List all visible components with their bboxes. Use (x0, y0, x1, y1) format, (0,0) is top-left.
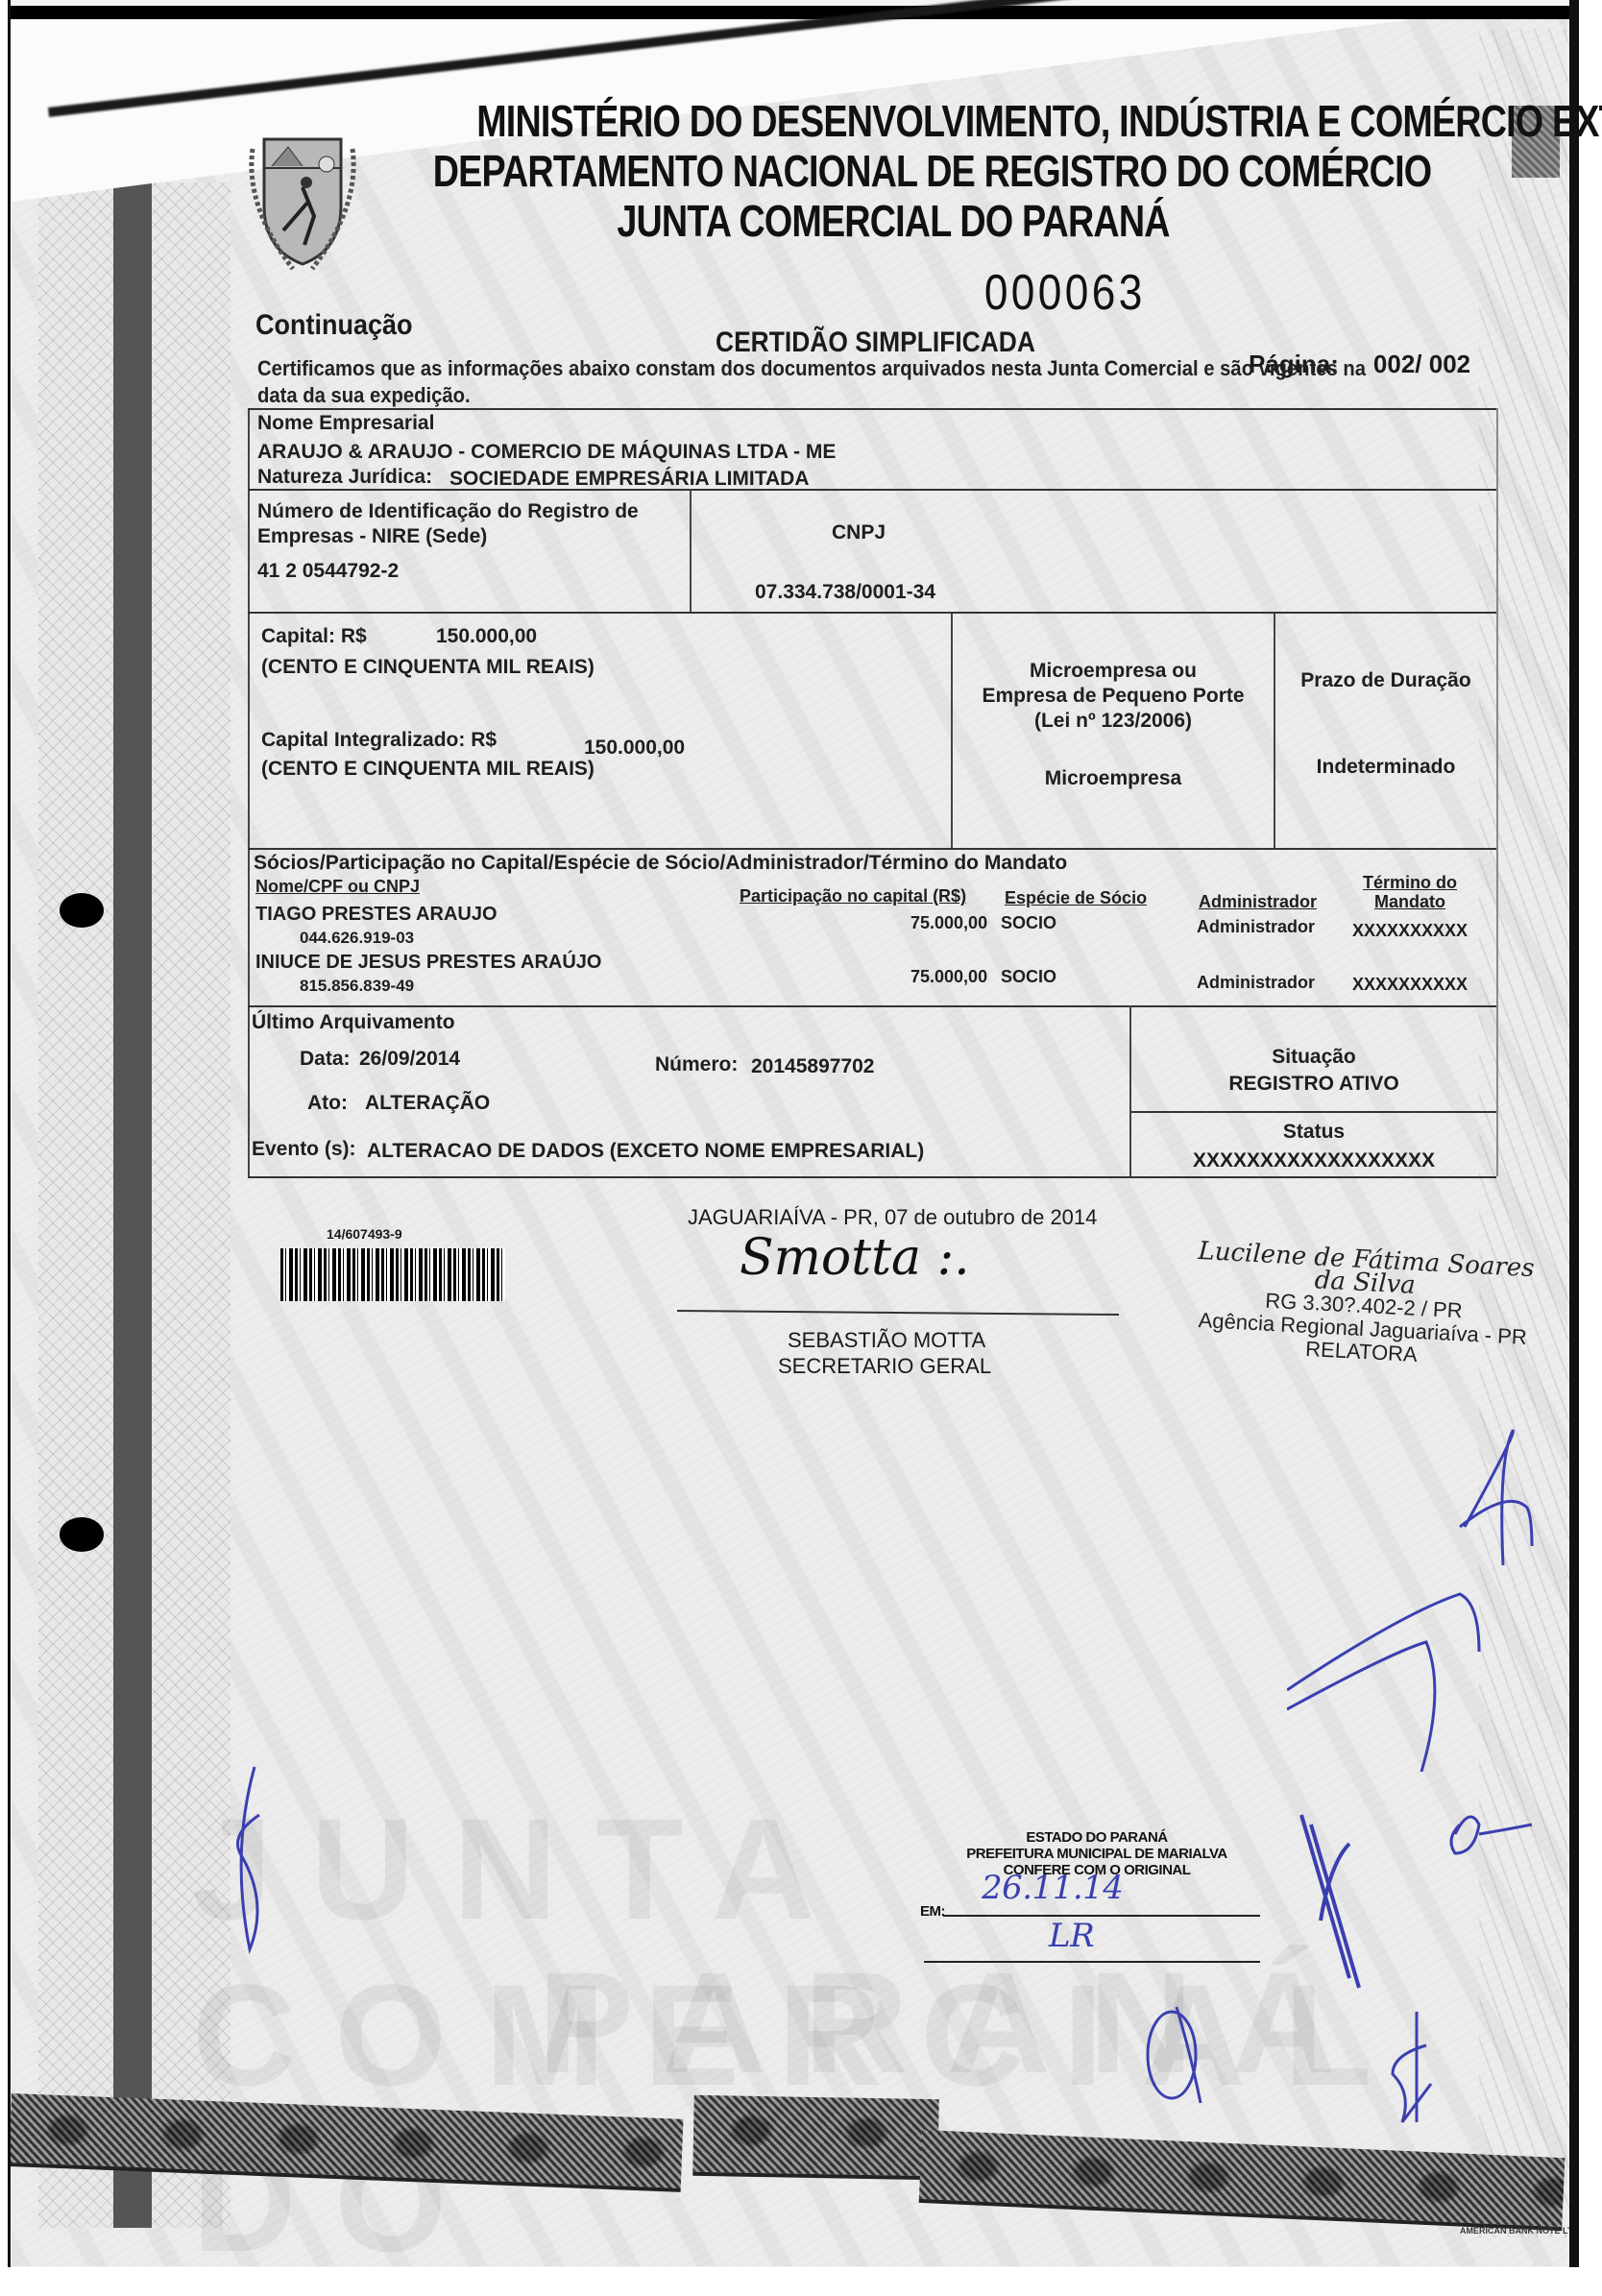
legal-nature-value: SOCIEDADE EMPRESÁRIA LIMITADA (449, 468, 810, 491)
signer-role: SECRETARIO GERAL (778, 1354, 991, 1379)
partner-capital: 75.000,00 (910, 967, 987, 987)
partner-type: SOCIO (1001, 913, 1056, 933)
stamp-em-label: EM: (920, 1903, 945, 1920)
barcode (280, 1248, 505, 1301)
handwritten-initial-a-icon (1133, 1997, 1229, 2113)
header-department: DEPARTAMENTO NACIONAL DE REGISTRO DO COM… (433, 146, 1402, 196)
capital-value: 150.000,00 (436, 625, 537, 648)
stamp-initials-line (924, 1961, 1260, 1963)
stamp-handwritten-date: 26.11.14 (982, 1880, 1123, 1897)
duration-value: Indeterminado (1275, 756, 1496, 779)
coat-of-arms-icon (245, 130, 360, 274)
filing-number: 20145897702 (751, 1055, 874, 1078)
partner-type: SOCIO (1001, 967, 1056, 987)
filing-number-label: Número: (655, 1053, 738, 1076)
handwritten-initial-s-icon (1383, 2007, 1441, 2132)
signer-name: SEBASTIÃO MOTTA (788, 1328, 985, 1353)
partner-term: XXXXXXXXXX (1352, 921, 1468, 941)
stamp-date-line (943, 1915, 1260, 1917)
duration-label: Prazo de Duração (1275, 669, 1496, 692)
filing-event: ALTERACAO DE DADOS (EXCETO NOME EMPRESAR… (367, 1140, 924, 1163)
cnpj-value: 07.334.738/0001-34 (755, 581, 935, 604)
company-size-label-1: Microempresa ou (953, 660, 1274, 683)
partner-term: XXXXXXXXXX (1352, 975, 1468, 995)
certificate-title: CERTIDÃO SIMPLIFICADA (716, 326, 1035, 359)
capital-label: Capital: R$ (261, 625, 367, 648)
barcode-number: 14/607493-9 (327, 1226, 402, 1242)
handwritten-mark-icon (1292, 1805, 1378, 1997)
nire-value: 41 2 0544792-2 (257, 560, 399, 583)
situation-label: Situação (1131, 1046, 1496, 1069)
cnpj-label: CNPJ (832, 521, 886, 544)
col-name: Nome/CPF ou CNPJ (255, 877, 420, 897)
company-size-value: Microempresa (953, 767, 1274, 790)
filing-act: ALTERAÇÃO (365, 1092, 490, 1115)
certification-text: Certificamos que as informações abaixo c… (257, 355, 1397, 409)
stamp-line2: PREFEITURA MUNICIPAL DE MARIALVA (924, 1846, 1270, 1862)
rapporteur-stamp: Lucilene de Fátima Soares da Silva RG 3.… (1188, 1240, 1540, 1373)
status-label: Status (1131, 1121, 1496, 1144)
scan-border-left (0, 0, 11, 2296)
security-stripe (113, 182, 152, 2228)
partner-cpf: 044.626.919-03 (300, 929, 414, 948)
filing-act-label: Ato: (307, 1092, 348, 1115)
punch-hole (60, 893, 104, 928)
document-header: MINISTÉRIO DO DESENVOLVIMENTO, INDÚSTRIA… (413, 96, 1508, 246)
legal-nature-label: Natureza Jurídica: (257, 466, 432, 489)
secretary-signature: Smotta :. (740, 1229, 970, 1287)
header-ministry: MINISTÉRIO DO DESENVOLVIMENTO, INDÚSTRIA… (476, 96, 1406, 146)
company-name: ARAUJO & ARAUJO - COMERCIO DE MÁQUINAS L… (257, 441, 836, 464)
nire-label-1: Número de Identificação do Registro de (257, 500, 639, 523)
col-partner-type: Espécie de Sócio (1005, 888, 1147, 908)
place-and-date: JAGUARIAÍVA - PR, 07 de outubro de 2014 (688, 1205, 1097, 1230)
situation-value: REGISTRO ATIVO (1131, 1073, 1496, 1096)
filing-date-label: Data: (300, 1048, 351, 1071)
document-number: 000063 (984, 264, 1146, 322)
partner-name: TIAGO PRESTES ARAUJO (255, 904, 498, 926)
company-size-label-3: (Lei nº 123/2006) (953, 710, 1274, 733)
integralized-value: 150.000,00 (584, 737, 685, 760)
punch-hole (60, 1517, 104, 1552)
company-name-label: Nome Empresarial (257, 412, 434, 435)
partner-admin: Administrador (1197, 973, 1315, 993)
last-filing-title: Último Arquivamento (252, 1011, 455, 1034)
capital-words: (CENTO E CINQUENTA MIL REAIS) (261, 656, 595, 679)
header-board: JUNTA COMERCIAL DO PARANÁ (389, 196, 1397, 246)
partner-capital: 75.000,00 (910, 913, 987, 933)
filing-event-label: Evento (s): (252, 1138, 356, 1161)
stamp-handwritten-initials: LR (1049, 1928, 1094, 1945)
partner-admin: Administrador (1197, 917, 1315, 937)
stamp-line1: ESTADO DO PARANÁ (924, 1829, 1270, 1846)
integralized-label: Capital Integralizado: R$ (261, 729, 497, 752)
partners-section-title: Sócios/Participação no Capital/Espécie d… (254, 852, 1067, 875)
status-value: XXXXXXXXXXXXXXXXXX (1131, 1149, 1496, 1172)
partner-cpf: 815.856.839-49 (300, 977, 414, 996)
integralized-words: (CENTO E CINQUENTA MIL REAIS) (261, 758, 595, 781)
partner-name: INIUCE DE JESUS PRESTES ARAÚJO (255, 952, 601, 974)
handwritten-signature-left-icon (211, 1757, 288, 1969)
nire-label-2: Empresas - NIRE (Sede) (257, 525, 487, 548)
col-term-2: Mandato (1352, 892, 1468, 912)
authentication-stamp: ESTADO DO PARANÁ PREFEITURA MUNICIPAL DE… (924, 1829, 1270, 1922)
col-term-1: Término do (1352, 873, 1468, 893)
col-capital: Participação no capital (R$) (740, 886, 966, 906)
filing-date: 26/09/2014 (359, 1048, 460, 1071)
scan-border-top (6, 6, 1602, 19)
continuation-label: Continuação (255, 309, 413, 342)
col-administrator: Administrador (1199, 892, 1317, 912)
watermark-line2: PARANÁ (538, 1940, 1374, 2106)
company-size-label-2: Empresa de Pequeno Porte (953, 685, 1274, 708)
